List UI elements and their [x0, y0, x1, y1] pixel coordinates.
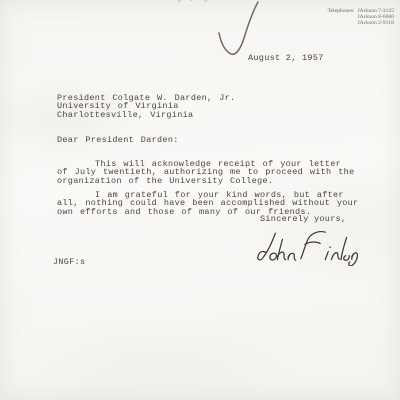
letterhead-location: Arlington, Virginia [162, 0, 219, 3]
typist-initials: JNGF:s [53, 257, 85, 267]
body-line: organization of the University College. [57, 177, 357, 185]
telephones-label: Telephones: [328, 9, 355, 27]
letter-page: Arlington, Virginia Telephones: JAckson … [0, 0, 400, 400]
telephone-numbers: JAckson 7-3125 JAckson 8-6660 JAckson 2-… [357, 9, 394, 27]
letterhead-telephones: Telephones: JAckson 7-3125 JAckson 8-666… [328, 9, 394, 27]
closing: Sincerely yours, [260, 214, 346, 224]
salutation: Dear President Darden: [57, 136, 357, 144]
body-paragraph: I am grateful for your kind words, but a… [57, 191, 357, 216]
telephone-number: JAckson 2-9118 [357, 21, 394, 27]
date-line: August 2, 1957 [248, 53, 324, 63]
handwritten-signature [254, 229, 368, 266]
recipient-line: Charlottesville, Virginia [57, 111, 357, 119]
handwritten-checkmark-icon [212, 0, 262, 60]
recipient-block: President Colgate W. Darden, Jr. Univers… [57, 94, 357, 119]
body-paragraph: This will acknowledge receipt of your le… [57, 160, 357, 185]
letter-body: President Colgate W. Darden, Jr. Univers… [57, 94, 357, 216]
